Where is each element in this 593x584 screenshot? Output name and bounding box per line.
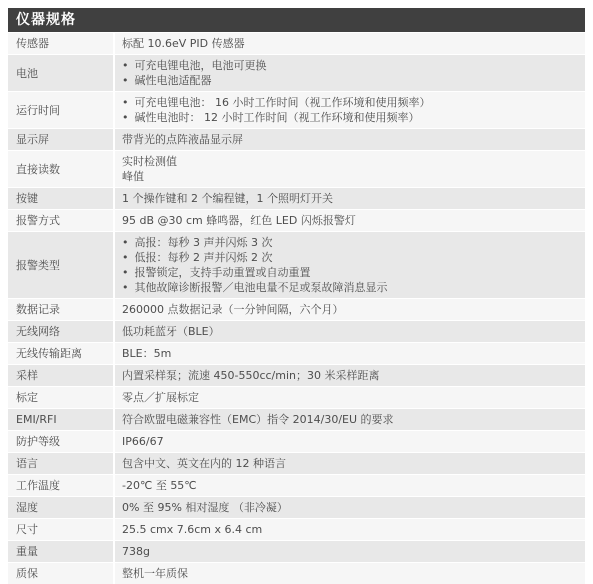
spec-value-line: •报警锁定，支持手动重置或自动重置 — [122, 265, 579, 280]
spec-value-cell: 带背光的点阵液晶显示屏 — [115, 129, 585, 150]
spec-value-cell: 零点／扩展标定 — [115, 387, 585, 408]
spec-row: EMI/RFI符合欧盟电磁兼容性（EMC）指令 2014/30/EU 的要求 — [8, 409, 585, 430]
spec-row: 无线网络低功耗蓝牙（BLE） — [8, 321, 585, 342]
spec-row: 数据记录260000 点数据记录（一分钟间隔，六个月） — [8, 299, 585, 320]
spec-row: 报警方式95 dB @30 cm 蜂鸣器，红色 LED 闪烁报警灯 — [8, 210, 585, 231]
spec-value-text: 符合欧盟电磁兼容性（EMC）指令 2014/30/EU 的要求 — [122, 412, 394, 427]
spec-label: 质保 — [8, 563, 115, 582]
spec-value-text: 低功耗蓝牙（BLE） — [122, 324, 220, 339]
spec-row: 按键1 个操作键和 2 个编程键，1 个照明灯开关 — [8, 188, 585, 209]
spec-value-line: 1 个操作键和 2 个编程键，1 个照明灯开关 — [122, 191, 579, 206]
spec-row: 无线传输距离BLE：5m — [8, 343, 585, 364]
spec-row: 尺寸25.5 cmx 7.6cm x 6.4 cm — [8, 519, 585, 540]
spec-value-line: 内置采样泵；流速 450-550cc/min；30 米采样距离 — [122, 368, 579, 383]
spec-value-cell: 实时检测值峰值 — [115, 151, 585, 187]
spec-value-line: 零点／扩展标定 — [122, 390, 579, 405]
spec-value-text: 25.5 cmx 7.6cm x 6.4 cm — [122, 522, 262, 537]
spec-value-line: -20℃ 至 55℃ — [122, 478, 579, 493]
spec-value-line: 标配 10.6eV PID 传感器 — [122, 36, 579, 51]
spec-value-text: 零点／扩展标定 — [122, 390, 199, 405]
spec-value-line: •碱性电池适配器 — [122, 73, 579, 88]
bullet-icon: • — [122, 73, 129, 88]
spec-label: 报警方式 — [8, 210, 115, 231]
spec-value-line: •可充电锂电池： 16 小时工作时间（视工作环境和使用频率） — [122, 95, 579, 110]
bullet-icon: • — [122, 110, 129, 125]
spec-value-text: IP66/67 — [122, 434, 164, 449]
spec-value-line: •高报：每秒 3 声并闪烁 3 次 — [122, 235, 579, 250]
spec-value-line: 包含中文、英文在内的 12 种语言 — [122, 456, 579, 471]
spec-label: 报警类型 — [8, 232, 115, 298]
spec-value-line: •其他故障诊断报警／电池电量不足或泵故障消息显示 — [122, 280, 579, 295]
spec-value-line: 738g — [122, 544, 579, 559]
spec-value-line: 整机一年质保 — [122, 566, 579, 581]
spec-value-line: 符合欧盟电磁兼容性（EMC）指令 2014/30/EU 的要求 — [122, 412, 579, 427]
spec-label: 语言 — [8, 453, 115, 474]
spec-label: 重量 — [8, 541, 115, 562]
spec-table-title: 仪器规格 — [8, 8, 585, 32]
spec-value-text: 95 dB @30 cm 蜂鸣器，红色 LED 闪烁报警灯 — [122, 213, 356, 228]
spec-label: 工作温度 — [8, 475, 115, 496]
bullet-icon: • — [122, 250, 129, 265]
spec-value-line: 260000 点数据记录（一分钟间隔，六个月） — [122, 302, 579, 317]
spec-value-text: -20℃ 至 55℃ — [122, 478, 197, 493]
spec-value-cell: 内置采样泵；流速 450-550cc/min；30 米采样距离 — [115, 365, 585, 386]
spec-value-cell: •可充电锂电池： 16 小时工作时间（视工作环境和使用频率）•碱性电池时： 12… — [115, 92, 585, 128]
spec-row: 工作温度-20℃ 至 55℃ — [8, 475, 585, 496]
spec-row: 标定零点／扩展标定 — [8, 387, 585, 408]
spec-value-text: 包含中文、英文在内的 12 种语言 — [122, 456, 286, 471]
spec-value-line: 0% 至 95% 相对湿度 （非冷凝） — [122, 500, 579, 515]
spec-value-cell: BLE：5m — [115, 343, 585, 364]
spec-label: EMI/RFI — [8, 409, 115, 430]
spec-value-line: 峰值 — [122, 169, 579, 184]
spec-value-line: 实时检测值 — [122, 154, 579, 169]
spec-label: 标定 — [8, 387, 115, 408]
spec-row: 重量738g — [8, 541, 585, 562]
spec-label: 防护等级 — [8, 431, 115, 452]
spec-table: 仪器规格 传感器标配 10.6eV PID 传感器电池•可充电锂电池，电池可更换… — [8, 8, 585, 582]
spec-value-text: 低报：每秒 2 声并闪烁 2 次 — [135, 250, 273, 265]
spec-value-cell: 符合欧盟电磁兼容性（EMC）指令 2014/30/EU 的要求 — [115, 409, 585, 430]
spec-label: 直接读数 — [8, 151, 115, 187]
spec-value-text: 标配 10.6eV PID 传感器 — [122, 36, 245, 51]
spec-value-line: 带背光的点阵液晶显示屏 — [122, 132, 579, 147]
spec-value-cell: 包含中文、英文在内的 12 种语言 — [115, 453, 585, 474]
spec-value-cell: 738g — [115, 541, 585, 562]
spec-row: 显示屏带背光的点阵液晶显示屏 — [8, 129, 585, 150]
spec-label: 无线网络 — [8, 321, 115, 342]
spec-value-text: BLE：5m — [122, 346, 171, 361]
spec-value-text: 其他故障诊断报警／电池电量不足或泵故障消息显示 — [135, 280, 388, 295]
spec-value-line: 95 dB @30 cm 蜂鸣器，红色 LED 闪烁报警灯 — [122, 213, 579, 228]
spec-label: 电池 — [8, 55, 115, 91]
spec-value-text: 0% 至 95% 相对湿度 （非冷凝） — [122, 500, 288, 515]
spec-label: 湿度 — [8, 497, 115, 518]
spec-label: 无线传输距离 — [8, 343, 115, 364]
spec-value-text: 整机一年质保 — [122, 566, 188, 581]
spec-value-cell: 整机一年质保 — [115, 563, 585, 582]
spec-label: 采样 — [8, 365, 115, 386]
spec-label: 按键 — [8, 188, 115, 209]
spec-row: 湿度0% 至 95% 相对湿度 （非冷凝） — [8, 497, 585, 518]
spec-value-cell: 低功耗蓝牙（BLE） — [115, 321, 585, 342]
spec-row: 直接读数实时检测值峰值 — [8, 151, 585, 187]
spec-value-text: 实时检测值 — [122, 154, 177, 169]
spec-row: 采样内置采样泵；流速 450-550cc/min；30 米采样距离 — [8, 365, 585, 386]
bullet-icon: • — [122, 280, 129, 295]
spec-value-line: 低功耗蓝牙（BLE） — [122, 324, 579, 339]
spec-value-text: 报警锁定，支持手动重置或自动重置 — [135, 265, 311, 280]
spec-value-cell: 标配 10.6eV PID 传感器 — [115, 33, 585, 54]
spec-value-text: 可充电锂电池，电池可更换 — [135, 58, 267, 73]
spec-label: 数据记录 — [8, 299, 115, 320]
spec-value-text: 1 个操作键和 2 个编程键，1 个照明灯开关 — [122, 191, 333, 206]
spec-value-cell: -20℃ 至 55℃ — [115, 475, 585, 496]
spec-row: 语言包含中文、英文在内的 12 种语言 — [8, 453, 585, 474]
spec-row: 质保整机一年质保 — [8, 563, 585, 582]
spec-value-text: 碱性电池时： 12 小时工作时间（视工作环境和使用频率） — [135, 110, 420, 125]
spec-value-line: •低报：每秒 2 声并闪烁 2 次 — [122, 250, 579, 265]
spec-value-cell: •高报：每秒 3 声并闪烁 3 次•低报：每秒 2 声并闪烁 2 次•报警锁定，… — [115, 232, 585, 298]
spec-value-cell: IP66/67 — [115, 431, 585, 452]
spec-value-text: 碱性电池适配器 — [135, 73, 212, 88]
bullet-icon: • — [122, 58, 129, 73]
spec-label: 传感器 — [8, 33, 115, 54]
spec-value-cell: 0% 至 95% 相对湿度 （非冷凝） — [115, 497, 585, 518]
spec-row: 报警类型•高报：每秒 3 声并闪烁 3 次•低报：每秒 2 声并闪烁 2 次•报… — [8, 232, 585, 298]
spec-value-cell: 260000 点数据记录（一分钟间隔，六个月） — [115, 299, 585, 320]
spec-value-text: 带背光的点阵液晶显示屏 — [122, 132, 243, 147]
bullet-icon: • — [122, 235, 129, 250]
spec-value-line: 25.5 cmx 7.6cm x 6.4 cm — [122, 522, 579, 537]
spec-value-line: •可充电锂电池，电池可更换 — [122, 58, 579, 73]
spec-value-cell: 95 dB @30 cm 蜂鸣器，红色 LED 闪烁报警灯 — [115, 210, 585, 231]
spec-value-cell: 1 个操作键和 2 个编程键，1 个照明灯开关 — [115, 188, 585, 209]
spec-label: 运行时间 — [8, 92, 115, 128]
spec-row: 运行时间•可充电锂电池： 16 小时工作时间（视工作环境和使用频率）•碱性电池时… — [8, 92, 585, 128]
spec-value-text: 260000 点数据记录（一分钟间隔，六个月） — [122, 302, 344, 317]
spec-label: 显示屏 — [8, 129, 115, 150]
spec-value-line: IP66/67 — [122, 434, 579, 449]
spec-value-text: 可充电锂电池： 16 小时工作时间（视工作环境和使用频率） — [135, 95, 431, 110]
spec-label: 尺寸 — [8, 519, 115, 540]
spec-value-cell: 25.5 cmx 7.6cm x 6.4 cm — [115, 519, 585, 540]
spec-row: 传感器标配 10.6eV PID 传感器 — [8, 33, 585, 54]
spec-value-text: 高报：每秒 3 声并闪烁 3 次 — [135, 235, 273, 250]
spec-value-cell: •可充电锂电池，电池可更换•碱性电池适配器 — [115, 55, 585, 91]
spec-value-text: 738g — [122, 544, 150, 559]
spec-value-line: BLE：5m — [122, 346, 579, 361]
bullet-icon: • — [122, 265, 129, 280]
spec-row: 电池•可充电锂电池，电池可更换•碱性电池适配器 — [8, 55, 585, 91]
bullet-icon: • — [122, 95, 129, 110]
spec-value-line: •碱性电池时： 12 小时工作时间（视工作环境和使用频率） — [122, 110, 579, 125]
spec-table-body: 传感器标配 10.6eV PID 传感器电池•可充电锂电池，电池可更换•碱性电池… — [8, 33, 585, 582]
spec-row: 防护等级IP66/67 — [8, 431, 585, 452]
spec-value-text: 内置采样泵；流速 450-550cc/min；30 米采样距离 — [122, 368, 380, 383]
spec-value-text: 峰值 — [122, 169, 144, 184]
